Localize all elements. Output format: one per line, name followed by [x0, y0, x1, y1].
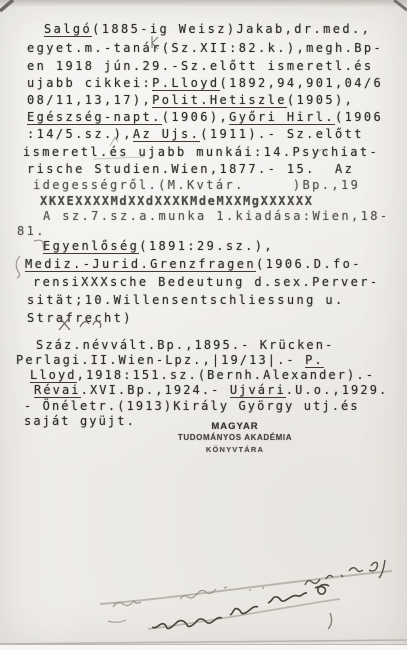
scan-top-edge [0, 0, 407, 7]
typed-text: :14/5.sz.), [27, 127, 133, 141]
typed-line: 81. [17, 224, 46, 238]
typed-line: Perlagi.II.Wien-Lpz.,|19/13|.- P. [16, 353, 324, 368]
typed-line: saját gyüjt. [24, 414, 136, 428]
typed-text: Száz.névvált.Bp.,1895.- Krücken- [36, 338, 334, 352]
typed-line: sität;10.Willensentschliessung u. [27, 293, 345, 307]
typed-text: ,1918:151.sz.(Bernh.Alexander).- [77, 368, 375, 382]
typed-line: rensiXXXsche Bedeutung d.sex.Perver- [33, 275, 380, 289]
typed-line: Száz.névvált.Bp.,1895.- Krücken- [36, 338, 334, 352]
typed-line: rische Studien.Wien,1877.- 15. Az [27, 162, 354, 176]
typed-text: egyet.m.-tanár(Sz.XII:82.k.),megh.Bp- [27, 41, 383, 55]
typed-line: egyet.m.-tanár(Sz.XII:82.k.),megh.Bp- [27, 41, 383, 55]
typed-line: Lloyd,1918:151.sz.(Bernh.Alexander).- [30, 368, 375, 383]
pencil-margin-mark [16, 256, 20, 278]
typed-line: Révai.XVI.Bp.,1924.- Ujvári.U.o.,1929. [34, 383, 388, 398]
typed-text: (1905), [287, 93, 354, 107]
stamp-line-3: KÖNYVTÁRA [160, 444, 310, 456]
typed-text: (1906 [335, 110, 383, 124]
library-stamp: MAGYAR TUDOMÁNYOS AKADÉMIA KÖNYVTÁRA [160, 421, 310, 456]
typed-text: (1885-ig Weisz)Jakab,dr.med., [92, 22, 371, 36]
typed-strikeout-row: XKXEXXXXMdXXdXXXKMdeMXXMgXXXXXX [40, 194, 314, 208]
typed-line: Mediz.-Jurid.Grenzfragen(1906.D.fo- [25, 257, 362, 272]
typed-text: rische Studien.Wien,1877.- 15. Az [27, 162, 354, 176]
typed-text: 81. [17, 224, 46, 238]
typed-text: (1891:29.sz.), [139, 239, 274, 253]
typed-text: Perlagi.II.Wien-Lpz.,|19/13|.- [16, 353, 305, 367]
journal-title: P.Lloyd [152, 76, 219, 91]
typed-text: (1906), [162, 110, 229, 124]
author-name: Salgó [44, 22, 92, 37]
scan-background-strip [0, 644, 407, 650]
typed-line: idegességről.(M.Kvtár. )Bp.,19 [33, 178, 360, 192]
typed-line: Egyenlőség(1891:29.sz.), [43, 239, 274, 254]
typed-text: ujabb cikkei: [27, 76, 152, 90]
catalog-card: Salgó(1885-ig Weisz)Jakab,dr.med., egyet… [0, 0, 407, 650]
typed-text: en 1918 jún.29.-Sz.előtt ismeretl.és [27, 59, 374, 73]
typed-text: ismeretl.és ujabb munkái:14.Psychiat- [23, 145, 379, 159]
handwritten-note-upper [100, 560, 392, 607]
typed-line: :14/5.sz.),Az Ujs.(1911).- Sz.előtt [27, 127, 364, 142]
stamp-line-2: TUDOMÁNYOS AKADÉMIA [160, 432, 310, 444]
journal-title: Polit.Hetiszle [152, 93, 287, 108]
typed-line: ismeretl.és ujabb munkái:14.Psychiat- [23, 145, 379, 159]
typed-text: - Önéletr.(1913)Király György utj.és [24, 399, 360, 413]
typed-text: XKXEXXXXMdXXdXXXKMdeMXXMgXXXXXX [40, 194, 314, 208]
typed-line: Strafrecht) [27, 311, 133, 325]
source-title: Révai [34, 383, 81, 398]
typed-line: Egészség-napt.(1906),Győri Hirl.(1906 [27, 110, 383, 125]
typed-text: 08/11,13,17), [27, 93, 152, 107]
handwritten-note-lower [108, 585, 340, 629]
typed-line: A sz.7.sz.a.munka 1.kiadása:Wien,18- [43, 209, 390, 223]
journal-title: Egyenlőség [43, 239, 139, 254]
typed-line: en 1918 jún.29.-Sz.előtt ismeretl.és [27, 59, 374, 73]
typed-text: .U.o.,1929. [286, 383, 389, 397]
typed-text: idegességről.(M.Kvtár. )Bp.,19 [33, 178, 360, 192]
typed-line: Salgó(1885-ig Weisz)Jakab,dr.med., [44, 22, 371, 37]
journal-title: Győri Hirl. [229, 110, 335, 125]
journal-title: Mediz.-Jurid.Grenzfragen [25, 257, 256, 272]
typed-text: sität;10.Willensentschliessung u. [27, 293, 345, 307]
typed-text: saját gyüjt. [24, 414, 136, 428]
journal-title: P. [305, 353, 324, 368]
typed-line: ujabb cikkei:P.Lloyd(1892,94,901,04/6 [27, 76, 383, 91]
typed-line: 08/11,13,17),Polit.Hetiszle(1905), [27, 93, 354, 108]
typed-text: Strafrecht) [27, 311, 133, 325]
typed-text: (1892,94,901,04/6 [220, 76, 384, 90]
typed-text: (1906.D.fo- [256, 257, 362, 271]
journal-title: Lloyd [30, 368, 77, 383]
typed-text: (1911).- Sz.előtt [200, 127, 364, 141]
typed-text: .XVI.Bp.,1924.- [81, 383, 230, 397]
stamp-line-1: MAGYAR [160, 421, 310, 432]
typed-text: A sz.7.sz.a.munka 1.kiadása:Wien,18- [43, 209, 390, 223]
journal-title: Az Ujs. [133, 127, 200, 142]
source-title: Ujvári [230, 383, 286, 398]
typed-line: - Önéletr.(1913)Király György utj.és [24, 399, 360, 413]
typed-text: rensiXXXsche Bedeutung d.sex.Perver- [33, 275, 380, 289]
journal-title: Egészség-napt. [27, 110, 162, 125]
